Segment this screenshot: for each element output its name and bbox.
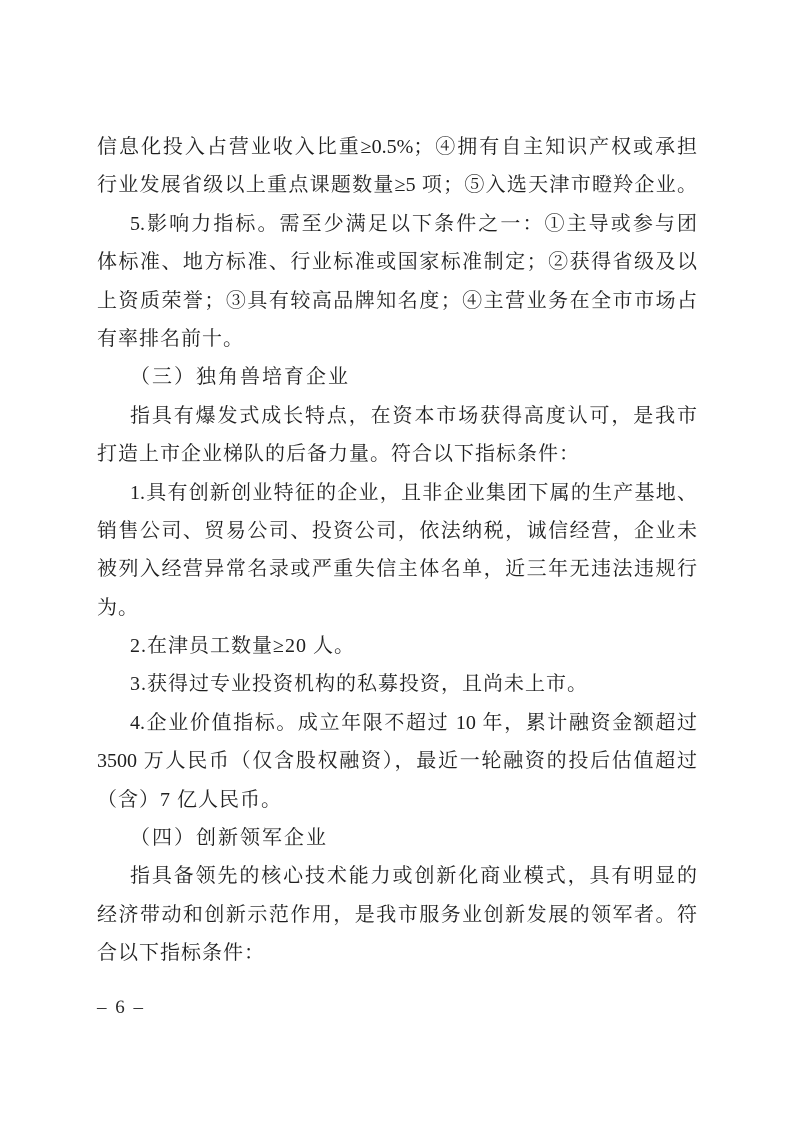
text-line: （四）创新领军企业 [97,819,697,857]
text-line: （三）独角兽培育企业 [97,358,697,396]
text-line: （含）7 亿人民币。 [97,781,697,819]
text-line: 指具有爆发式成长特点，在资本市场获得高度认可，是我市 [97,397,697,435]
text-line: 被列入经营异常名录或严重失信主体名单，近三年无违法违规行 [97,550,697,588]
text-line: 3500 万人民币（仅含股权融资），最近一轮融资的投后估值超过 [97,742,697,780]
text-line: 指具备领先的核心技术能力或创新化商业模式，具有明显的 [97,857,697,895]
page-number: – 6 – [97,995,145,1021]
text-line: 5.影响力指标。需至少满足以下条件之一：①主导或参与团 [97,205,697,243]
text-line: 合以下指标条件： [97,934,697,972]
text-line: 3.获得过专业投资机构的私募投资，且尚未上市。 [97,665,697,703]
text-line: 经济带动和创新示范作用，是我市服务业创新发展的领军者。符 [97,896,697,934]
document-page: 信息化投入占营业收入比重≥0.5%；④拥有自主知识产权或承担行业发展省级以上重点… [0,0,794,1123]
text-line: 1.具有创新创业特征的企业，且非企业集团下属的生产基地、 [97,474,697,512]
text-line: 为。 [97,589,697,627]
text-line: 打造上市企业梯队的后备力量。符合以下指标条件： [97,435,697,473]
text-line: 4.企业价值指标。成立年限不超过 10 年，累计融资金额超过 [97,704,697,742]
text-line: 体标准、地方标准、行业标准或国家标准制定；②获得省级及以 [97,243,697,281]
text-line: 信息化投入占营业收入比重≥0.5%；④拥有自主知识产权或承担 [97,128,697,166]
text-line: 上资质荣誉；③具有较高品牌知名度；④主营业务在全市市场占 [97,282,697,320]
document-content: 信息化投入占营业收入比重≥0.5%；④拥有自主知识产权或承担行业发展省级以上重点… [97,128,697,973]
text-line: 有率排名前十。 [97,320,697,358]
text-line: 销售公司、贸易公司、投资公司，依法纳税，诚信经营，企业未 [97,512,697,550]
text-line: 2.在津员工数量≥20 人。 [97,627,697,665]
text-line: 行业发展省级以上重点课题数量≥5 项；⑤入选天津市瞪羚企业。 [97,166,697,204]
